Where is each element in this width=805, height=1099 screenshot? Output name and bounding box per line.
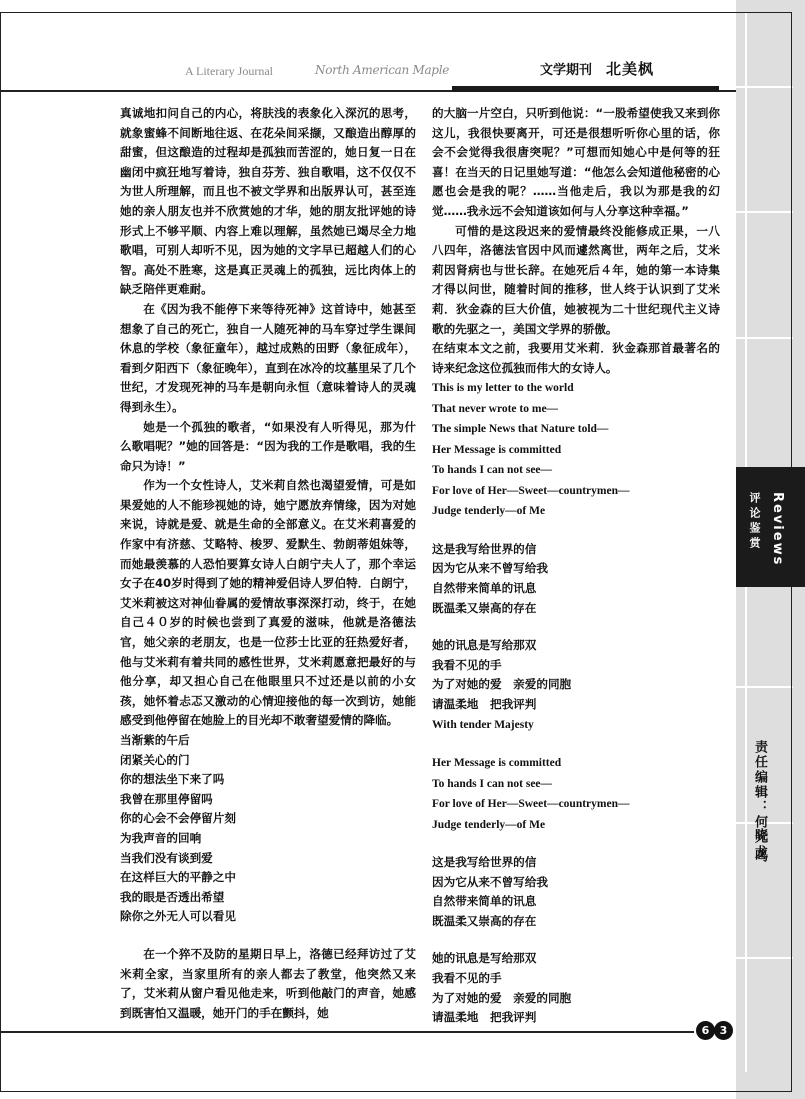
poem-cn-3: 这是我写给世界的信 因为它从来不曾写给我 自然带来简单的讯息 既温柔又崇高的存在 (432, 853, 720, 931)
poem-line: 自然带来简单的讯息 (432, 892, 720, 912)
poem-cn-4: 她的讯息是写给那双 我看不见的手 为了对她的爱 亲爱的同胞 请温柔地 把我评判 (432, 949, 720, 1027)
poem-line: 既温柔又崇高的存在 (432, 912, 720, 932)
editor-name: 晓鸣 (750, 828, 769, 870)
poem-line: To hands I can not see— (432, 774, 720, 795)
poem-line: 我看不见的手 (432, 656, 720, 676)
poem-line: Her Message is committed (432, 440, 720, 461)
poem-en-2: Her Message is committed To hands I can … (432, 753, 720, 835)
poem-line: The simple News that Nature told— (432, 419, 720, 440)
poem-line: 我看不见的手 (432, 969, 720, 989)
poem-line: 因为它从来不曾写给我 (432, 559, 720, 579)
poem-cn-1: 这是我写给世界的信 因为它从来不曾写给我 自然带来简单的讯息 既温柔又崇高的存在 (432, 540, 720, 618)
poem-line: 为我声音的回响 (120, 829, 416, 849)
poem-line: 自然带来简单的讯息 (432, 579, 720, 599)
poem-line: To hands I can not see— (432, 460, 720, 481)
poem-line: 为了对她的爱 亲爱的同胞 (432, 989, 720, 1009)
poem-line: Judge tenderly—of Me (432, 815, 720, 836)
poem-line: 我的眼是否透出希望 (120, 888, 416, 908)
journal-title-en: A Literary Journal (185, 64, 273, 79)
spacer (432, 522, 720, 540)
poem-line: For love of Her—Sweet—countrymen— (432, 481, 720, 502)
header-band (452, 86, 719, 92)
spacer (120, 927, 416, 945)
journal-title-cn: 文学期刊北美枫 (540, 58, 654, 79)
footer-rule (0, 1031, 694, 1033)
spacer (432, 735, 720, 753)
poem-line: 当我们没有谈到爱 (120, 849, 416, 869)
journal-label: 文学期刊 (540, 63, 592, 78)
poem-line: 闭紧关心的门 (120, 751, 416, 771)
poem-cn-2: 她的讯息是写给那双 我看不见的手 为了对她的爱 亲爱的同胞 请温柔地 把我评判 … (432, 636, 720, 735)
poem-line: 在这样巨大的平静之中 (120, 868, 416, 888)
poem-line: 她的讯息是写给那双 (432, 636, 720, 656)
poem-line: Judge tenderly—of Me (432, 501, 720, 522)
poem-line: 因为它从来不曾写给我 (432, 873, 720, 893)
paragraph: 在一个猝不及防的星期日早上，洛德已经拜访过了艾米莉全家，当家里所有的亲人都去了教… (120, 945, 416, 1023)
spacer (432, 618, 720, 636)
poem-line: 为了对她的爱 亲爱的同胞 (432, 675, 720, 695)
page-number-digit: 3 (714, 1021, 733, 1040)
poem-line: 你的想法坐下来了吗 (120, 770, 416, 790)
poem-line: 当渐紫的午后 (120, 731, 416, 751)
right-column: 的大脑一片空白，只听到他说：“一股希望使我又来到你这儿，我很快要离开，可还是很想… (432, 104, 720, 1028)
paragraph: 在结束本文之前，我要用艾米莉．狄金森那首最著名的诗来纪念这位孤独而伟大的女诗人。 (432, 339, 720, 378)
paragraph: 真诚地扣问自己的内心，将肤浅的表象化入深沉的思考，就象蜜蜂不间断地往返、在花朵间… (120, 104, 416, 300)
journal-logo: 北美枫 (606, 60, 654, 78)
poem-line: 除你之外无人可以看见 (120, 907, 416, 927)
left-column: 真诚地扣问自己的内心，将肤浅的表象化入深沉的思考，就象蜜蜂不间断地往返、在花朵间… (120, 104, 416, 1023)
poem-line: For love of Her—Sweet—countrymen— (432, 794, 720, 815)
section-tab-en: Reviews (770, 492, 785, 566)
poem-line: Her Message is committed (432, 753, 720, 774)
spacer (432, 931, 720, 949)
journal-title-script: North American Maple (315, 63, 449, 77)
spacer (432, 835, 720, 853)
section-tab-cn: 评论鉴赏 (746, 492, 762, 552)
poem-line: 请温柔地 把我评判 (432, 695, 720, 715)
page-number-digit: 6 (696, 1021, 715, 1040)
poem-cn-left: 当渐紫的午后 闭紧关心的门 你的想法坐下来了吗 我曾在那里停留吗 你的心会不会停… (120, 731, 416, 927)
poem-line: 她的讯息是写给那双 (432, 949, 720, 969)
poem-line: 既温柔又崇高的存在 (432, 599, 720, 619)
poem-en-1: This is my letter to the world That neve… (432, 378, 720, 522)
paragraph: 可惜的是这段迟来的爱情最终没能修成正果，一八八四年，洛德法官因中风而遽然离世，两… (432, 222, 720, 340)
poem-line: 我曾在那里停留吗 (120, 790, 416, 810)
poem-line: 这是我写给世界的信 (432, 853, 720, 873)
paragraph: 在《因为我不能停下来等待死神》这首诗中，她甚至想象了自己的死亡，独自一人随死神的… (120, 300, 416, 418)
poem-line: With tender Majesty (432, 715, 720, 736)
poem-line: This is my letter to the world (432, 378, 720, 399)
paragraph: 作为一个女性诗人，艾米莉自然也渴望爱情，可是如果爱她的人不能珍视她的诗，她宁愿放… (120, 476, 416, 731)
paragraph: 她是一个孤独的歌者，“如果没有人听得见，那为什么歌唱呢？”她的回答是：“因为我的… (120, 418, 416, 477)
poem-line: 你的心会不会停留片刻 (120, 809, 416, 829)
paragraph: 的大脑一片空白，只听到他说：“一股希望使我又来到你这儿，我很快要离开，可还是很想… (432, 104, 720, 222)
poem-line: 请温柔地 把我评判 (432, 1008, 720, 1028)
editor-label: 责任编辑： (752, 740, 767, 815)
poem-line: 这是我写给世界的信 (432, 540, 720, 560)
poem-line: That never wrote to me— (432, 399, 720, 420)
